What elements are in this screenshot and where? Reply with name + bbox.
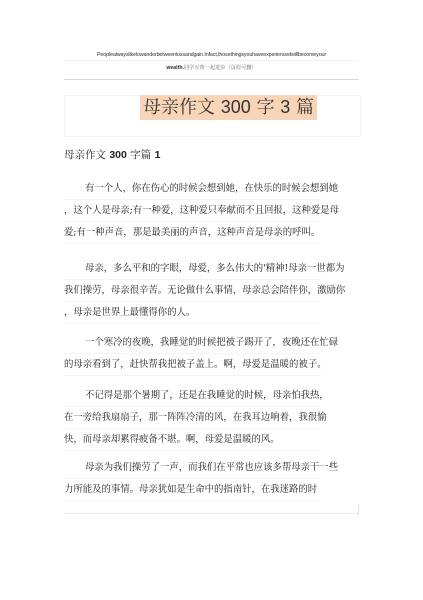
paragraph-line: 有一个人，你在伤心的时候会想到她，在快乐的时候会想到她: [64, 178, 322, 200]
title-text: 字: [251, 97, 280, 118]
paragraph-line: 在一旁给我扇扇子，那一阵阵冷清的风，在我耳边响着，我很愉: [64, 407, 322, 429]
paragraph-line: 的母亲看到了，赶快帮我把被子盖上。啊，母爱是温暖的被子。: [64, 354, 322, 376]
paragraph-line: 母亲，多么平和的字眼，母爱，多么伟大的'精神!母亲一世都为: [64, 258, 322, 280]
paragraph-3: 一个寒冷的夜晚，我睡觉的时候把被子踢开了，夜晚还在忙碌 的母亲看到了，赶快帮我把…: [64, 332, 322, 376]
paragraph-line: 爱;有一种声音，那是最美丽的声音，这种声音是母亲的呼叫。: [64, 222, 322, 244]
paragraph-line: 不记得是那个暑期了，还是在我睡觉的时候，母亲怕我热，: [64, 385, 322, 407]
header-note: wealth.同学互帮一起进步（页眉可删）: [64, 64, 359, 71]
title-number: 3: [280, 97, 290, 117]
page-frame-bottom: [64, 513, 359, 514]
paragraph-line: ，这个人是母亲;有一种爱，这种爱只奉献而不且回报，这种爱是母: [64, 200, 322, 222]
page-header: Peoplealwayslikelowanderbetweenlossandga…: [64, 52, 359, 71]
paragraph-4: 不记得是那个暑期了，还是在我睡觉的时候，母亲怕我热， 在一旁给我扇扇子，那一阵阵…: [64, 385, 322, 451]
paragraph-5: 母亲为我们操劳了一声，而我们在平常也应该多帮母亲干一些 力所能及的事情。母亲犹如…: [64, 457, 322, 501]
heading-number: 1: [155, 149, 161, 161]
section-heading: 母亲作文 300 字篇 1: [64, 147, 160, 162]
paragraph-2: 母亲，多么平和的字眼，母爱，多么伟大的'精神!母亲一世都为 我们操劳，母亲很辛苦…: [64, 258, 322, 324]
paragraph-line: 母亲为我们操劳了一声，而我们在平常也应该多帮母亲干一些: [64, 457, 322, 479]
header-removable-note: 同学互帮一起进步（页眉可删）: [184, 65, 257, 71]
title-text: 母亲作文: [143, 97, 221, 118]
heading-text: 字篇: [127, 149, 155, 161]
paragraph-line: 快，而母亲却累得疲备不堪。啊，母爱是温暖的风。: [64, 429, 322, 451]
heading-text: 母亲作文: [64, 149, 109, 161]
paragraph-line: 我们操劳，母亲很辛苦。无论做什么事情，母亲总会陪伴你，激励你: [64, 280, 322, 302]
paragraph-line: 力所能及的事情。母亲犹如是生命中的指南针，在我迷路的时: [64, 479, 322, 501]
paragraph-line: 一个寒冷的夜晚，我睡觉的时候把被子踢开了，夜晚还在忙碌: [64, 332, 322, 354]
title-number: 300: [221, 97, 251, 117]
header-quote: Peoplealwayslikelowanderbetweenlossandga…: [64, 52, 359, 61]
heading-number: 300: [109, 149, 127, 161]
paragraph-1: 有一个人，你在伤心的时候会想到她，在快乐的时候会想到她 ，这个人是母亲;有一种爱…: [64, 178, 322, 244]
document-title: 母亲作文 300 字 3 篇: [140, 95, 317, 120]
paragraph-line: ，母亲是世界上最懂得你的人。: [64, 302, 322, 324]
header-quote-end: wealth.: [166, 65, 184, 71]
header-divider: [64, 79, 359, 80]
title-text: 篇: [290, 97, 314, 118]
